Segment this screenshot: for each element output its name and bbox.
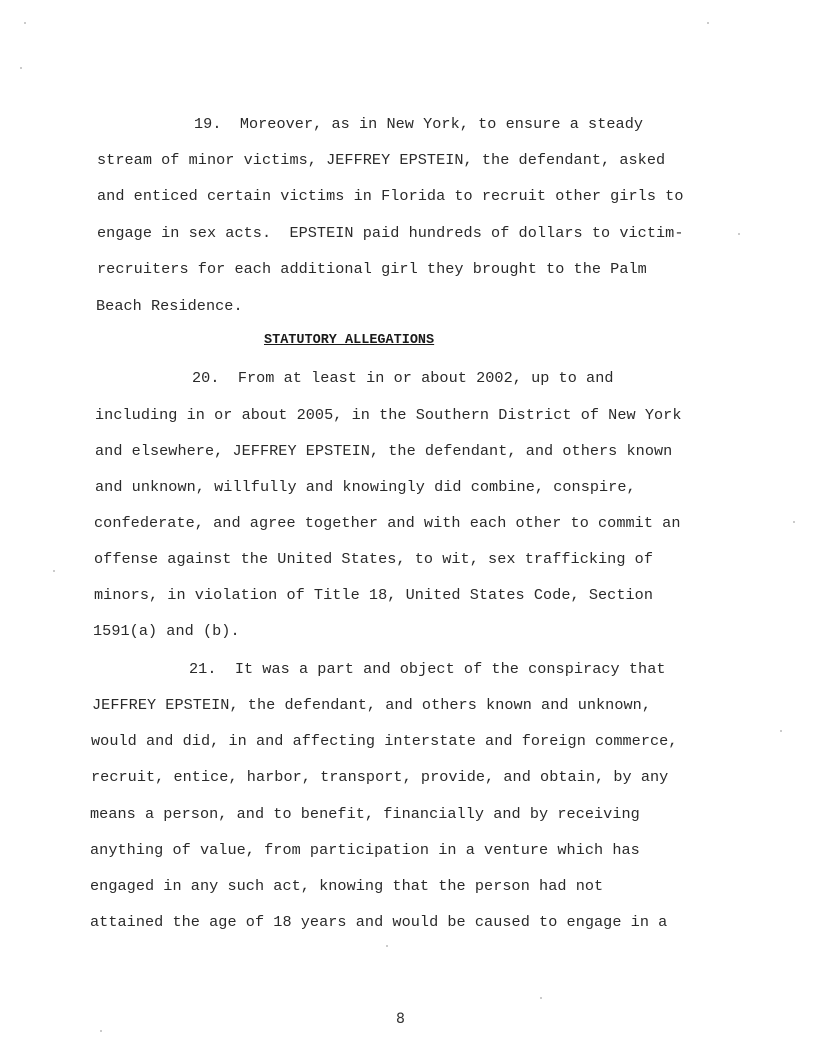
scan-speck bbox=[100, 1030, 102, 1032]
text-line: and enticed certain victims in Florida t… bbox=[97, 187, 684, 205]
scan-speck bbox=[53, 570, 55, 572]
text-line: confederate, and agree together and with… bbox=[94, 514, 681, 532]
text-line: and elsewhere, JEFFREY EPSTEIN, the defe… bbox=[95, 442, 672, 460]
document-page: 19. Moreover, as in New York, to ensure … bbox=[0, 0, 817, 1056]
text-line: stream of minor victims, JEFFREY EPSTEIN… bbox=[97, 151, 665, 169]
text-line: recruit, entice, harbor, transport, prov… bbox=[91, 768, 668, 786]
scan-speck bbox=[20, 67, 22, 69]
text-line: engaged in any such act, knowing that th… bbox=[90, 877, 603, 895]
text-line: offense against the United States, to wi… bbox=[94, 550, 653, 568]
text-line: JEFFREY EPSTEIN, the defendant, and othe… bbox=[92, 696, 651, 714]
scan-speck bbox=[793, 521, 795, 523]
scan-speck bbox=[707, 22, 709, 24]
text-line: means a person, and to benefit, financia… bbox=[90, 805, 640, 823]
scan-speck bbox=[24, 22, 26, 24]
text-line: attained the age of 18 years and would b… bbox=[90, 913, 667, 931]
text-line: 21. It was a part and object of the cons… bbox=[189, 660, 666, 678]
text-line: 1591(a) and (b). bbox=[93, 622, 240, 640]
text-line: anything of value, from participation in… bbox=[90, 841, 640, 859]
scan-speck bbox=[386, 945, 388, 947]
scan-speck bbox=[540, 997, 542, 999]
text-line: Beach Residence. bbox=[96, 297, 243, 315]
text-line: and unknown, willfully and knowingly did… bbox=[95, 478, 636, 496]
scan-speck bbox=[780, 730, 782, 732]
scan-speck bbox=[738, 233, 740, 235]
text-line: 19. Moreover, as in New York, to ensure … bbox=[194, 115, 643, 133]
page-number: 8 bbox=[396, 1011, 405, 1027]
text-line: including in or about 2005, in the South… bbox=[95, 406, 682, 424]
text-line: minors, in violation of Title 18, United… bbox=[94, 586, 653, 604]
text-line: 20. From at least in or about 2002, up t… bbox=[192, 369, 614, 387]
text-line: would and did, in and affecting intersta… bbox=[91, 732, 678, 750]
section-heading: STATUTORY ALLEGATIONS bbox=[264, 333, 434, 348]
text-line: engage in sex acts. EPSTEIN paid hundred… bbox=[97, 224, 684, 242]
text-line: recruiters for each additional girl they… bbox=[97, 260, 647, 278]
